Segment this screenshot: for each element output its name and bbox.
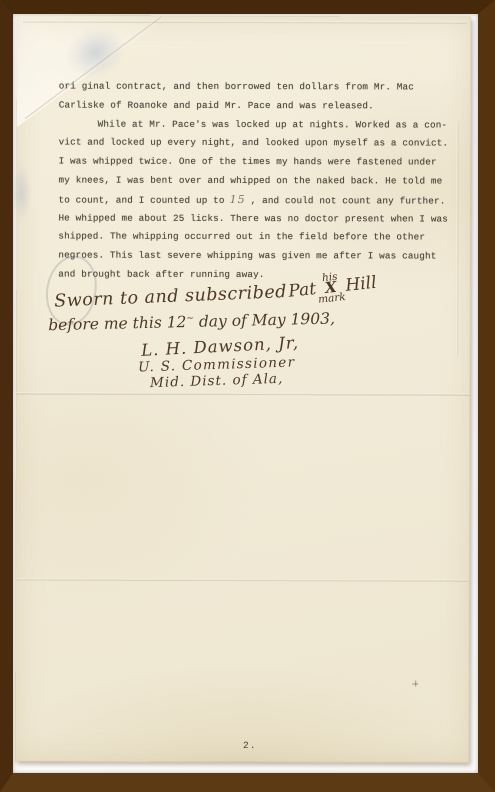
middle-fold-crease <box>16 392 470 395</box>
typed-line: vict and locked up every night, and look… <box>59 134 461 154</box>
date-pre: before me this 12 <box>48 313 187 334</box>
sworn-date-line: before me this 12~ day of May 1903, <box>48 309 335 334</box>
date-post: day of May 1903, <box>194 309 335 330</box>
typed-text-block: ori ginal contract, and then borrowed te… <box>58 78 461 286</box>
top-crease <box>23 20 467 23</box>
typed-line-with-handwritten-number: to count, and I counted up to15, and cou… <box>58 190 460 210</box>
paper-speck <box>412 680 418 686</box>
typed-line: He whipped me about 25 licks. There was … <box>58 209 460 229</box>
typed-line: my knees, I was bent over and whipped on… <box>59 172 461 192</box>
typed-line: ori ginal contract, and then borrowed te… <box>59 78 461 98</box>
notary-district: Mid. Dist. of Ala, <box>150 371 284 391</box>
count-line-post: , and could not count any further. <box>251 195 446 207</box>
signature-last-name: Hill <box>344 272 377 295</box>
his-label: his <box>322 272 339 284</box>
handwritten-number: 15 <box>225 193 251 206</box>
typed-line: Carliske of Roanoke and paid Mr. Pace an… <box>59 96 461 116</box>
typed-line: I was whipped twice. One of the times my… <box>59 153 461 173</box>
page-number: 2. <box>243 740 256 751</box>
count-line-pre: to count, and I counted up to <box>58 194 224 205</box>
typed-line: shipped. The whipping occurred out in th… <box>58 228 460 248</box>
typed-line: While at Mr. Pace's was locked up at nig… <box>59 115 461 135</box>
sworn-statement-line: Sworn to and subscribed <box>54 282 287 312</box>
lower-fold-crease <box>15 578 469 581</box>
typed-line: negroes. This last severe whipping was g… <box>58 247 460 267</box>
document-page: ori ginal contract, and then borrowed te… <box>15 15 471 762</box>
his-mark-stack: his X mark <box>315 269 346 305</box>
signature-first-name: Pat <box>287 278 317 301</box>
mark-label: mark <box>318 291 347 304</box>
